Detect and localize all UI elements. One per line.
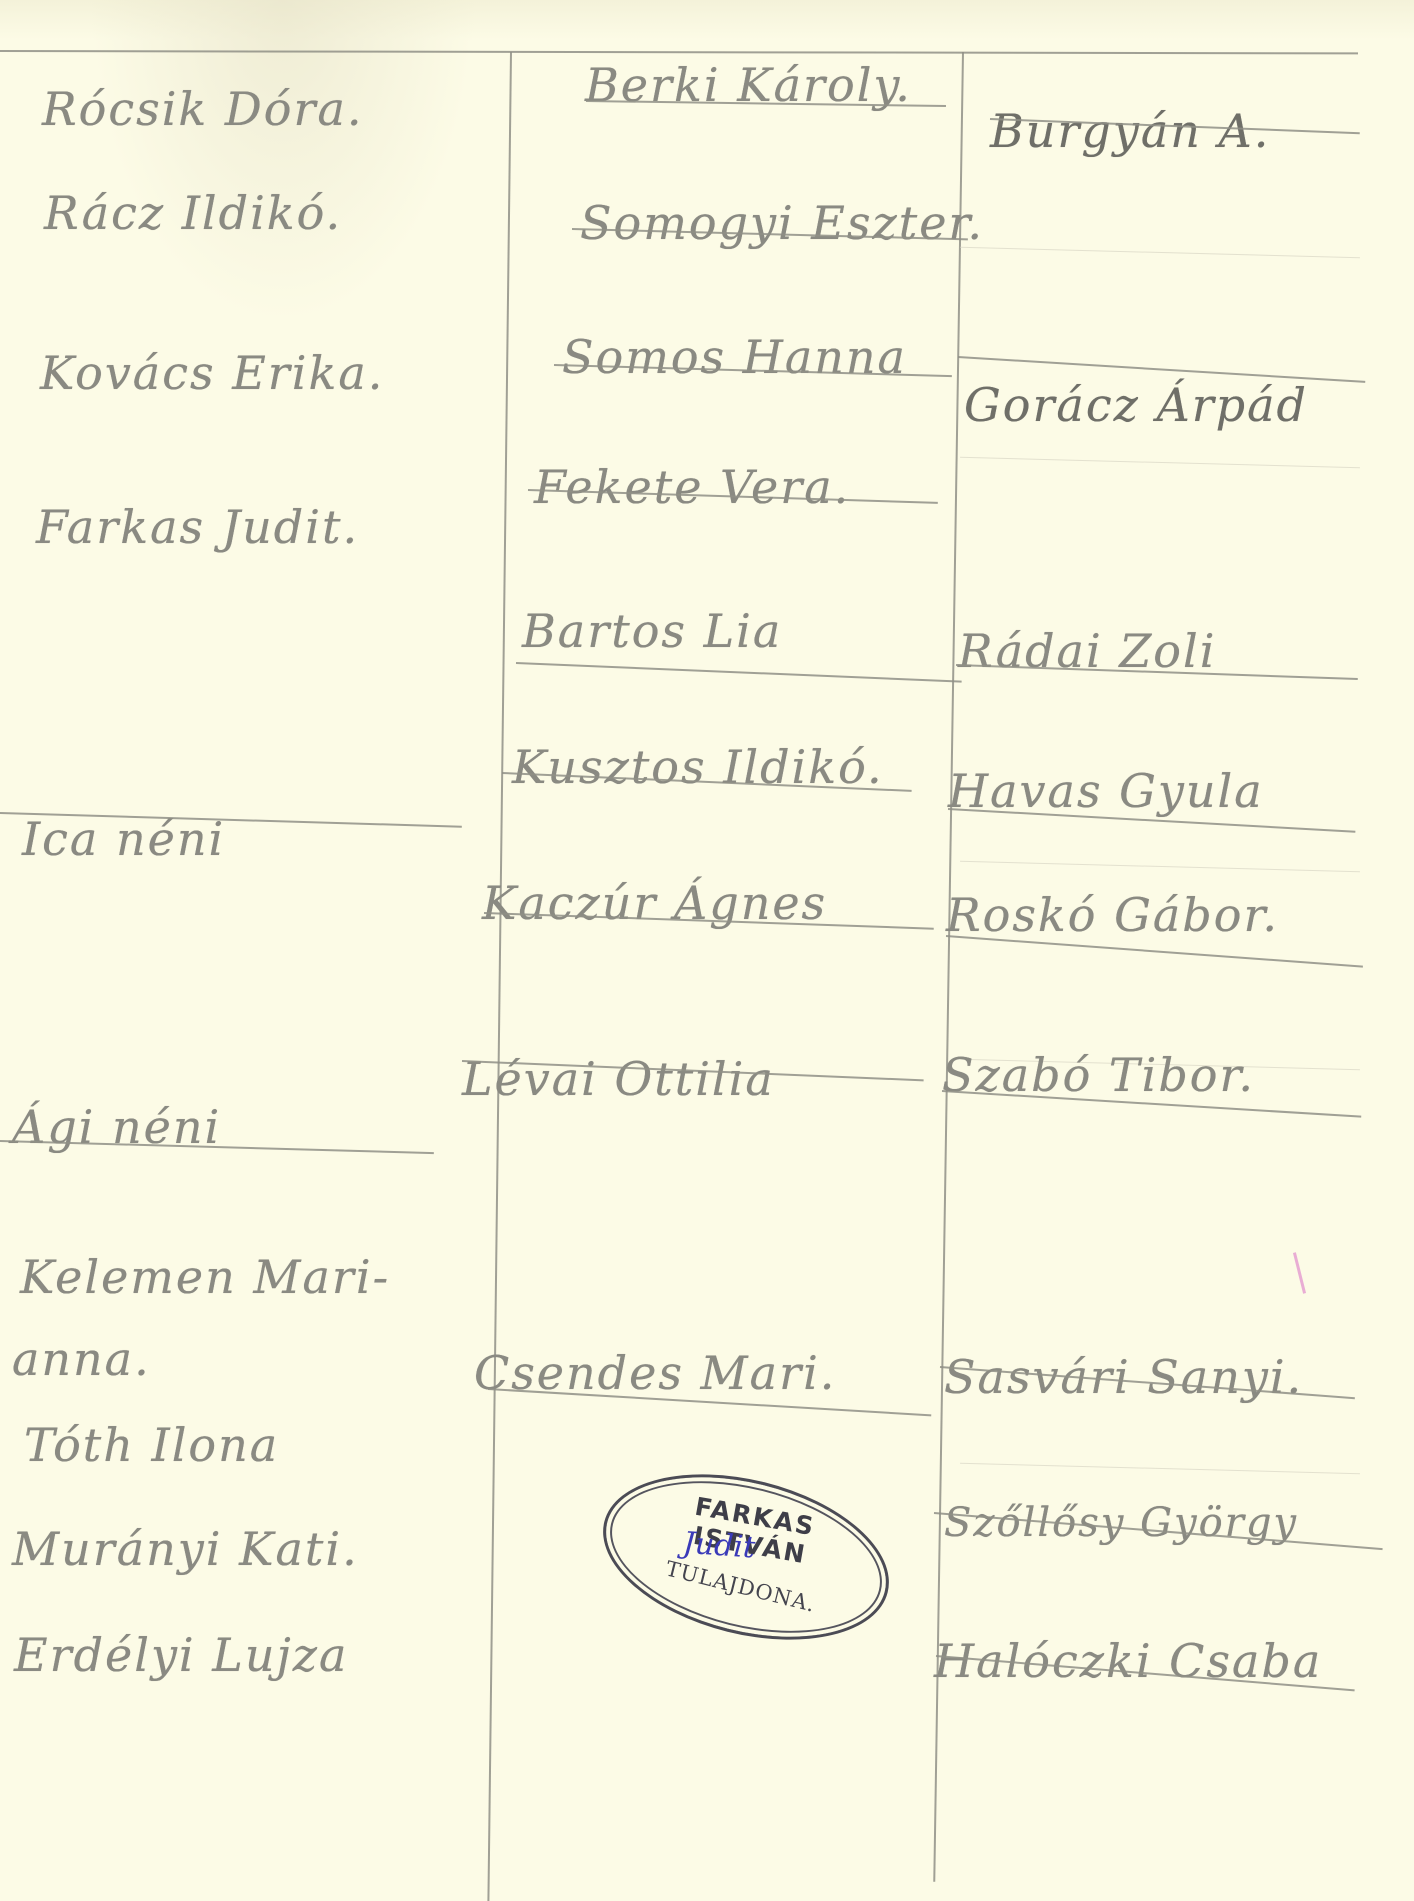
paper-sheet: Rócsik Dóra. Rácz Ildikó. Kovács Erika. …	[0, 0, 1414, 1901]
name-entry: Rócsik Dóra.	[42, 82, 364, 136]
faint-rule	[960, 861, 1360, 872]
name-entry: Somos Hanna	[562, 330, 907, 384]
name-entry: Farkas Judit.	[36, 500, 359, 554]
name-entry: Roskó Gábor.	[946, 888, 1279, 942]
faint-rule	[960, 457, 1360, 468]
name-entry: Somogyi Eszter.	[580, 196, 984, 250]
name-entry: Rácz Ildikó.	[44, 186, 342, 240]
name-entry: anna.	[12, 1332, 151, 1386]
underline	[516, 662, 962, 683]
name-entry: Sasvári Sanyi.	[944, 1350, 1303, 1404]
column-divider-1	[487, 52, 512, 1901]
column-divider-2	[933, 52, 964, 1882]
faint-rule	[960, 1463, 1360, 1474]
name-entry: Tóth Ilona	[24, 1418, 279, 1472]
name-entry: Gorácz Árpád	[964, 378, 1308, 432]
name-entry: Kelemen Mari-	[20, 1250, 390, 1304]
name-entry: Murányi Kati.	[12, 1522, 359, 1576]
name-entry: Fekete Vera.	[534, 460, 850, 514]
stamp-signature: Judit	[682, 1526, 756, 1566]
ownership-stamp: FARKAS ISTVÁN Judit TULAJDONA.	[586, 1447, 907, 1667]
name-entry: Lévai Ottilia	[462, 1052, 775, 1106]
name-entry: Ica néni	[22, 812, 225, 866]
faint-rule	[960, 247, 1360, 258]
name-entry: Kovács Erika.	[40, 346, 384, 400]
name-entry: Burgyán A.	[990, 104, 1270, 158]
name-entry: Bartos Lia	[522, 604, 782, 658]
name-entry: Erdélyi Lujza	[14, 1628, 348, 1682]
top-border-line	[0, 50, 1358, 54]
pink-pencil-mark	[1293, 1252, 1306, 1293]
